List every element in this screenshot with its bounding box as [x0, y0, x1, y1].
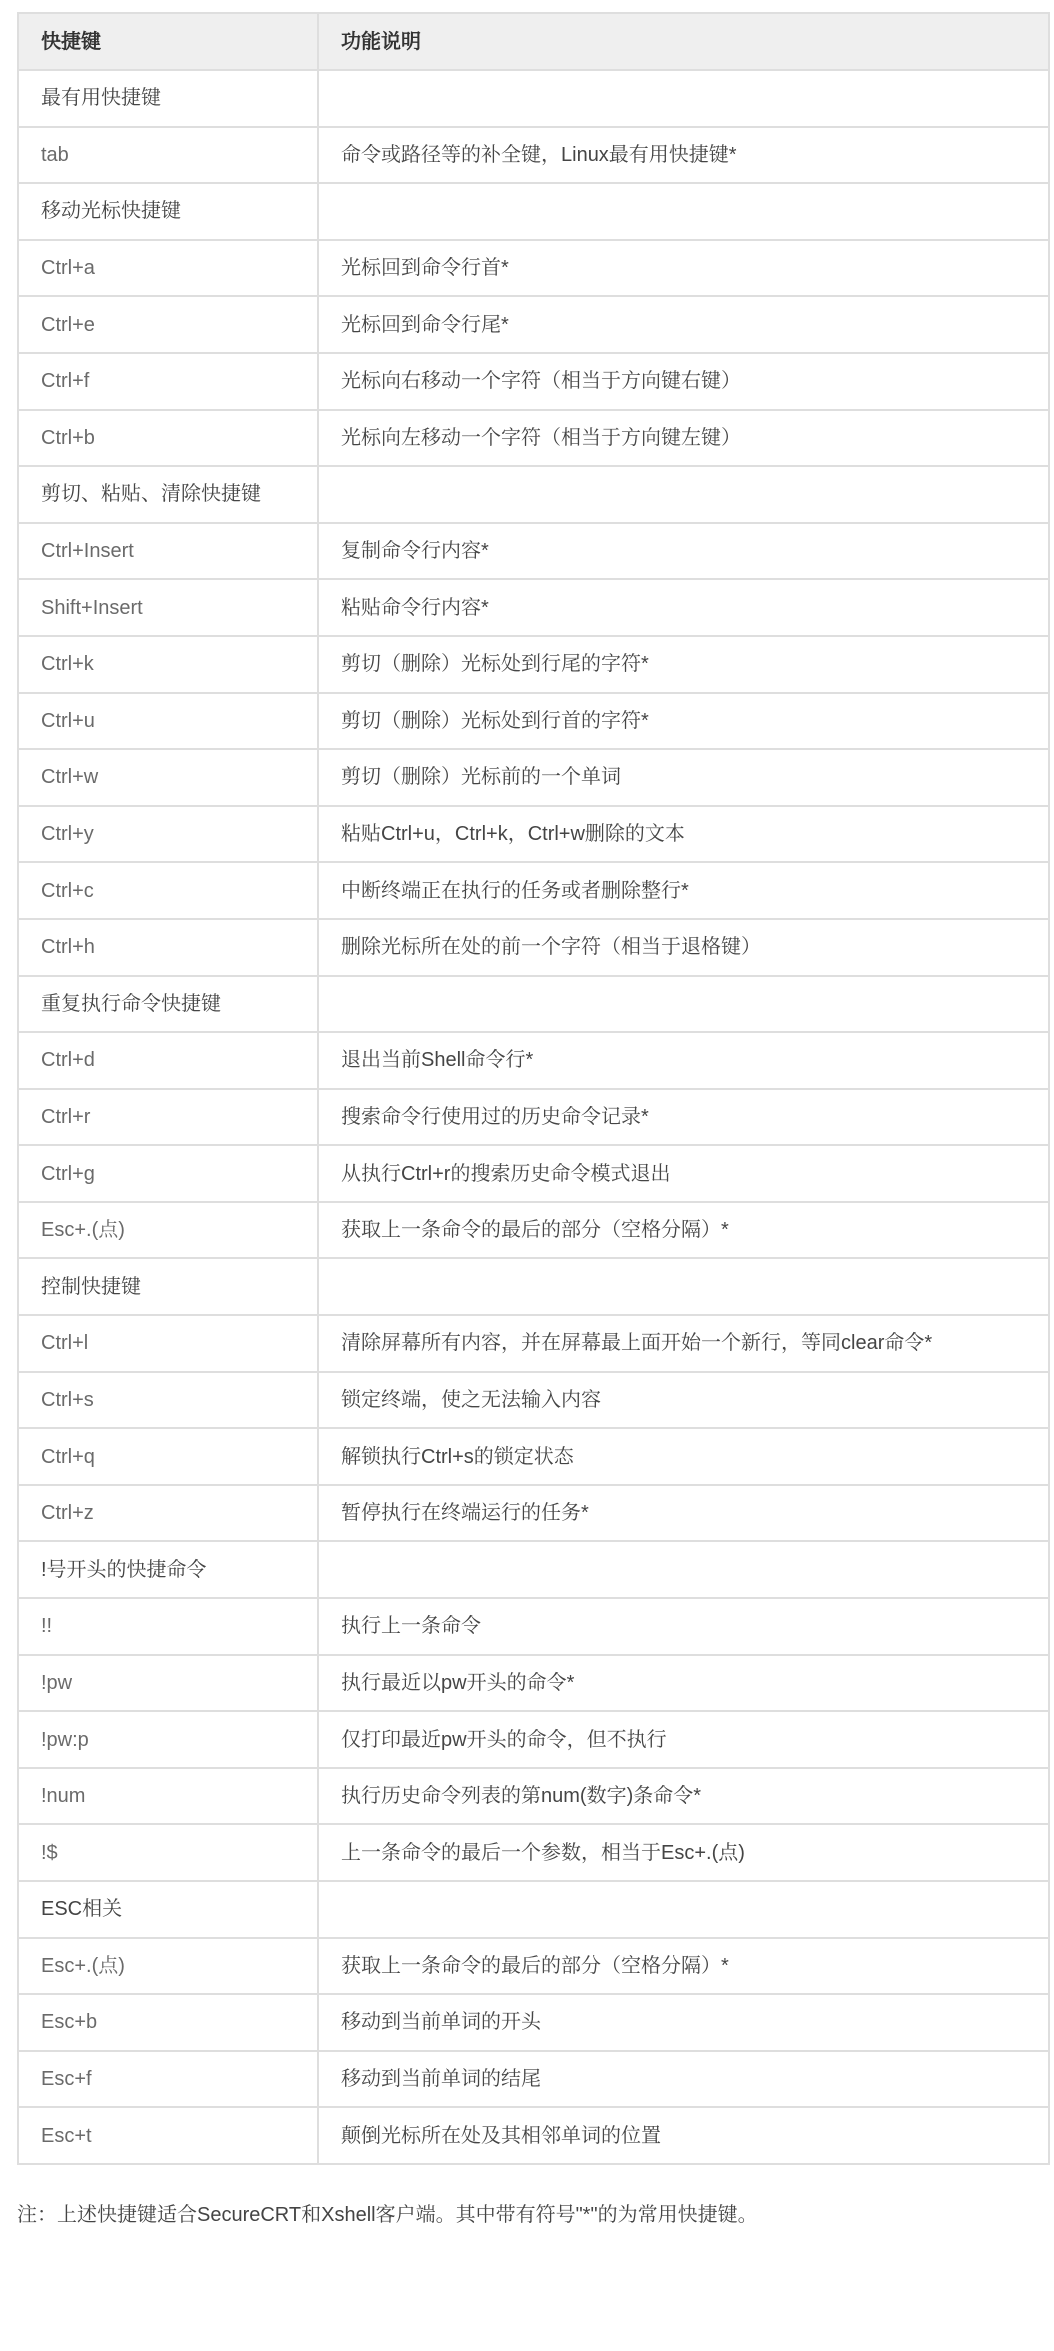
- table-row: Ctrl+Insert复制命令行内容*: [18, 523, 1049, 580]
- row-shortcut: !pw:p: [18, 1711, 318, 1768]
- table-row: Ctrl+a光标回到命令行首*: [18, 240, 1049, 297]
- row-description: 复制命令行内容*: [318, 523, 1049, 580]
- row-shortcut: Ctrl+q: [18, 1428, 318, 1485]
- document: 快捷键 功能说明 最有用快捷键 tab命令或路径等的补全键，Linux最有用快捷…: [17, 12, 1048, 2165]
- row-shortcut: Esc+t: [18, 2107, 318, 2164]
- row-shortcut: Ctrl+s: [18, 1372, 318, 1429]
- row-description: [318, 1541, 1049, 1598]
- row-shortcut: Ctrl+g: [18, 1145, 318, 1202]
- row-description: [318, 976, 1049, 1033]
- row-description: 搜索命令行使用过的历史命令记录*: [318, 1089, 1049, 1146]
- row-description: 解锁执行Ctrl+s的锁定状态: [318, 1428, 1049, 1485]
- row-shortcut: Shift+Insert: [18, 579, 318, 636]
- row-shortcut: Ctrl+d: [18, 1032, 318, 1089]
- row-description: 执行历史命令列表的第num(数字)条命令*: [318, 1768, 1049, 1825]
- table-row: Ctrl+g从执行Ctrl+r的搜索历史命令模式退出: [18, 1145, 1049, 1202]
- row-shortcut: Ctrl+Insert: [18, 523, 318, 580]
- row-description: 移动到当前单词的开头: [318, 1994, 1049, 2051]
- row-shortcut: Esc+.(点): [18, 1202, 318, 1259]
- row-shortcut: Esc+f: [18, 2051, 318, 2108]
- row-shortcut: !pw: [18, 1655, 318, 1712]
- row-description: [318, 1258, 1049, 1315]
- category-row: 剪切、粘贴、清除快捷键: [18, 466, 1049, 523]
- table-row: !pw:p仅打印最近pw开头的命令，但不执行: [18, 1711, 1049, 1768]
- table-row: !$上一条命令的最后一个参数，相当于Esc+.(点): [18, 1824, 1049, 1881]
- row-description: [318, 1881, 1049, 1938]
- row-description: 光标回到命令行首*: [318, 240, 1049, 297]
- row-description: 剪切（删除）光标前的一个单词: [318, 749, 1049, 806]
- row-shortcut: Ctrl+a: [18, 240, 318, 297]
- row-description: 清除屏幕所有内容，并在屏幕最上面开始一个新行，等同clear命令*: [318, 1315, 1049, 1372]
- row-description: 粘贴命令行内容*: [318, 579, 1049, 636]
- row-description: 中断终端正在执行的任务或者删除整行*: [318, 862, 1049, 919]
- row-description: 上一条命令的最后一个参数，相当于Esc+.(点): [318, 1824, 1049, 1881]
- row-description: 颠倒光标所在处及其相邻单词的位置: [318, 2107, 1049, 2164]
- table-row: Ctrl+f光标向右移动一个字符（相当于方向键右键）: [18, 353, 1049, 410]
- table-row: Ctrl+q解锁执行Ctrl+s的锁定状态: [18, 1428, 1049, 1485]
- column-header-shortcut: 快捷键: [18, 13, 318, 70]
- row-shortcut: !!: [18, 1598, 318, 1655]
- table-row: Ctrl+k剪切（删除）光标处到行尾的字符*: [18, 636, 1049, 693]
- table-header-row: 快捷键 功能说明: [18, 13, 1049, 70]
- category-row: ESC相关: [18, 1881, 1049, 1938]
- category-row: 重复执行命令快捷键: [18, 976, 1049, 1033]
- table-row: Ctrl+z暂停执行在终端运行的任务*: [18, 1485, 1049, 1542]
- table-body: 最有用快捷键 tab命令或路径等的补全键，Linux最有用快捷键* 移动光标快捷…: [18, 70, 1049, 2164]
- table-row: Ctrl+h删除光标所在处的前一个字符（相当于退格键）: [18, 919, 1049, 976]
- row-shortcut: Ctrl+k: [18, 636, 318, 693]
- table-row: Ctrl+l清除屏幕所有内容，并在屏幕最上面开始一个新行，等同clear命令*: [18, 1315, 1049, 1372]
- category-row: 移动光标快捷键: [18, 183, 1049, 240]
- row-shortcut: Esc+b: [18, 1994, 318, 2051]
- row-shortcut: Ctrl+w: [18, 749, 318, 806]
- table-row: Ctrl+y粘贴Ctrl+u，Ctrl+k，Ctrl+w删除的文本: [18, 806, 1049, 863]
- row-shortcut: Ctrl+y: [18, 806, 318, 863]
- table-row: tab命令或路径等的补全键，Linux最有用快捷键*: [18, 127, 1049, 184]
- row-shortcut: Ctrl+r: [18, 1089, 318, 1146]
- row-shortcut: !$: [18, 1824, 318, 1881]
- table-row: Ctrl+e光标回到命令行尾*: [18, 296, 1049, 353]
- row-description: 获取上一条命令的最后的部分（空格分隔）*: [318, 1938, 1049, 1995]
- table-row: Esc+.(点)获取上一条命令的最后的部分（空格分隔）*: [18, 1202, 1049, 1259]
- shortcut-table: 快捷键 功能说明 最有用快捷键 tab命令或路径等的补全键，Linux最有用快捷…: [17, 12, 1050, 2165]
- row-shortcut: Ctrl+b: [18, 410, 318, 467]
- category-label: 重复执行命令快捷键: [18, 976, 318, 1033]
- category-row: 最有用快捷键: [18, 70, 1049, 127]
- table-row: Shift+Insert粘贴命令行内容*: [18, 579, 1049, 636]
- table-row: Ctrl+w剪切（删除）光标前的一个单词: [18, 749, 1049, 806]
- row-shortcut: Ctrl+z: [18, 1485, 318, 1542]
- table-row: Esc+t颠倒光标所在处及其相邻单词的位置: [18, 2107, 1049, 2164]
- table-row: Ctrl+b光标向左移动一个字符（相当于方向键左键）: [18, 410, 1049, 467]
- category-label: 控制快捷键: [18, 1258, 318, 1315]
- category-row: !号开头的快捷命令: [18, 1541, 1049, 1598]
- category-label: 剪切、粘贴、清除快捷键: [18, 466, 318, 523]
- row-description: 光标向右移动一个字符（相当于方向键右键）: [318, 353, 1049, 410]
- row-shortcut: Ctrl+l: [18, 1315, 318, 1372]
- row-description: 剪切（删除）光标处到行首的字符*: [318, 693, 1049, 750]
- row-description: 从执行Ctrl+r的搜索历史命令模式退出: [318, 1145, 1049, 1202]
- footnote: 注：上述快捷键适合SecureCRT和Xshell客户端。其中带有符号"*"的为…: [17, 2202, 758, 2228]
- row-description: 剪切（删除）光标处到行尾的字符*: [318, 636, 1049, 693]
- table-row: !pw执行最近以pw开头的命令*: [18, 1655, 1049, 1712]
- row-description: 暂停执行在终端运行的任务*: [318, 1485, 1049, 1542]
- row-description: 仅打印最近pw开头的命令，但不执行: [318, 1711, 1049, 1768]
- table-row: Ctrl+u剪切（删除）光标处到行首的字符*: [18, 693, 1049, 750]
- row-shortcut: Ctrl+f: [18, 353, 318, 410]
- table-row: Esc+f移动到当前单词的结尾: [18, 2051, 1049, 2108]
- table-row: Ctrl+d退出当前Shell命令行*: [18, 1032, 1049, 1089]
- column-header-description: 功能说明: [318, 13, 1049, 70]
- table-row: !num执行历史命令列表的第num(数字)条命令*: [18, 1768, 1049, 1825]
- row-description: 锁定终端，使之无法输入内容: [318, 1372, 1049, 1429]
- table-row: Ctrl+s锁定终端，使之无法输入内容: [18, 1372, 1049, 1429]
- category-label: 移动光标快捷键: [18, 183, 318, 240]
- category-label: ESC相关: [18, 1881, 318, 1938]
- row-shortcut: tab: [18, 127, 318, 184]
- row-description: 执行最近以pw开头的命令*: [318, 1655, 1049, 1712]
- category-row: 控制快捷键: [18, 1258, 1049, 1315]
- category-label: 最有用快捷键: [18, 70, 318, 127]
- row-shortcut: Esc+.(点): [18, 1938, 318, 1995]
- row-description: 获取上一条命令的最后的部分（空格分隔）*: [318, 1202, 1049, 1259]
- row-description: [318, 183, 1049, 240]
- row-shortcut: Ctrl+u: [18, 693, 318, 750]
- row-shortcut: Ctrl+e: [18, 296, 318, 353]
- row-description: 移动到当前单词的结尾: [318, 2051, 1049, 2108]
- row-shortcut: Ctrl+h: [18, 919, 318, 976]
- table-row: Ctrl+c中断终端正在执行的任务或者删除整行*: [18, 862, 1049, 919]
- row-description: 光标向左移动一个字符（相当于方向键左键）: [318, 410, 1049, 467]
- row-description: 命令或路径等的补全键，Linux最有用快捷键*: [318, 127, 1049, 184]
- row-description: 删除光标所在处的前一个字符（相当于退格键）: [318, 919, 1049, 976]
- table-row: !!执行上一条命令: [18, 1598, 1049, 1655]
- table-row: Esc+.(点)获取上一条命令的最后的部分（空格分隔）*: [18, 1938, 1049, 1995]
- row-description: 粘贴Ctrl+u，Ctrl+k，Ctrl+w删除的文本: [318, 806, 1049, 863]
- table-row: Ctrl+r搜索命令行使用过的历史命令记录*: [18, 1089, 1049, 1146]
- row-shortcut: !num: [18, 1768, 318, 1825]
- category-label: !号开头的快捷命令: [18, 1541, 318, 1598]
- row-description: 光标回到命令行尾*: [318, 296, 1049, 353]
- row-description: 执行上一条命令: [318, 1598, 1049, 1655]
- table-row: Esc+b移动到当前单词的开头: [18, 1994, 1049, 2051]
- row-description: [318, 466, 1049, 523]
- row-shortcut: Ctrl+c: [18, 862, 318, 919]
- row-description: [318, 70, 1049, 127]
- row-description: 退出当前Shell命令行*: [318, 1032, 1049, 1089]
